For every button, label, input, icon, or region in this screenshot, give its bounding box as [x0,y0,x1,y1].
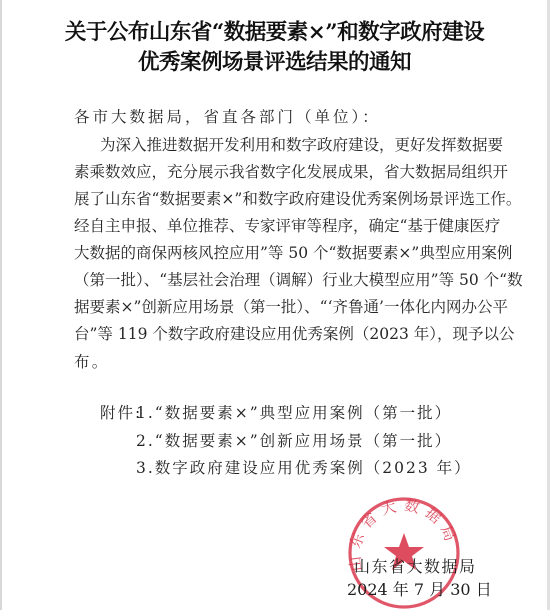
body-line-7: 据要素×”创新应用场景（第一批）、“‘齐鲁通’一体化内网办公平 [74,296,481,318]
annex-item-1: 1.“数据要素×”典型应用案例（第一批） [136,402,452,424]
body-line-1: 为深入推进数据开发利用和数字政府建设，更好发挥数据要 [100,134,481,156]
issue-date: 2024 年 7 月 30 日 [347,579,492,601]
body-line-2: 素乘数效应，充分展示我省数字化发展成果，省大数据局组织开 [74,161,481,183]
body-line-9: 布。 [74,351,484,373]
salutation: 各市大数据局，省直各部门（单位）： [74,106,484,128]
document-page: 关于公布山东省“数据要素×”和数字政府建设 优秀案例场景评选结果的通知 各市大数… [0,0,550,610]
body-line-8: 台”等 119 个数字政府建设应用优秀案例（2023 年），现予以公 [74,323,481,345]
body-line-4: 经自主申报、单位推荐、专家评审等程序，确定“基于健康医疗 [74,215,481,237]
body-line-5: 大数据的商保两核风控应用”等 50 个“数据要素×”典型应用案例 [74,242,481,264]
document-title-line-2: 优秀案例场景评选结果的通知 [2,48,547,78]
body-line-6: （第一批）、“基层社会治理（调解）行业大模型应用”等 50 个“数 [74,269,481,291]
body-line-3: 展了山东省“数据要素×”和数字政府建设优秀案例场景评选工作。 [74,188,481,210]
annex-item-2: 2.“数据要素×”创新应用场景（第一批） [136,430,452,452]
issuer-name: 山东省大数据局 [354,556,477,578]
document-title-line-1: 关于公布山东省“数据要素×”和数字政府建设 [2,18,547,48]
annex-item-3: 3.数字政府建设应用优秀案例（2023 年） [136,457,472,479]
